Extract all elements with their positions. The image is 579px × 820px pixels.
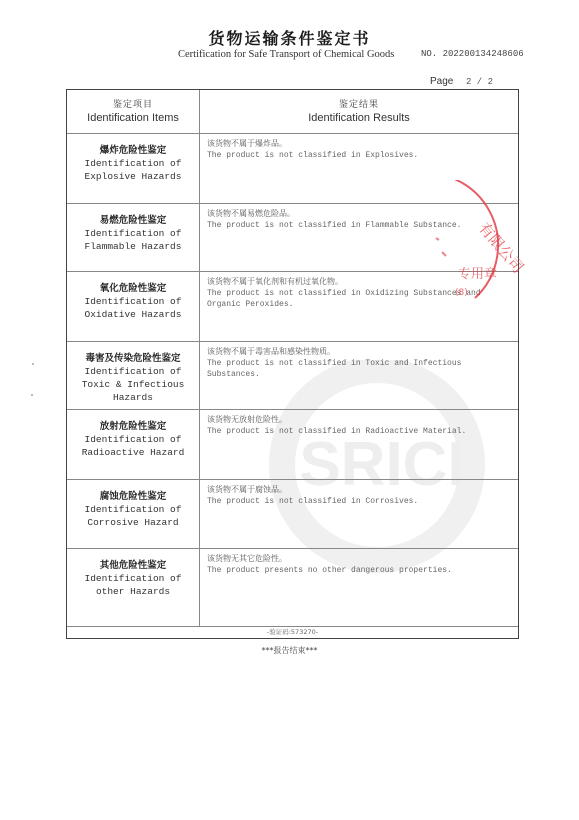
item-name-cn: 毒害及传染危险性鉴定 xyxy=(67,350,199,364)
item-name-cn: 氧化危险性鉴定 xyxy=(67,280,199,294)
item-name-en: Identification of Radioactive Hazard xyxy=(67,433,199,459)
page-title-cn: 货物运输条件鉴定书 xyxy=(0,26,579,49)
item-name-cn: 爆炸危险性鉴定 xyxy=(67,142,199,156)
table-row: 其他危险性鉴定 Identification of other Hazards … xyxy=(67,549,518,627)
table-row: 毒害及传染危险性鉴定 Identification of Toxic & Inf… xyxy=(67,342,518,410)
item-name-cn: 易燃危险性鉴定 xyxy=(67,212,199,226)
identification-table: SRICI 鉴定项目 Identification Items 鉴定结果 Ide… xyxy=(66,89,519,639)
item-name-en: Identification of Flammable Hazards xyxy=(67,227,199,253)
result-en: The product is not classified in Corrosi… xyxy=(207,496,518,507)
result-cn: 该货物不属易燃危险品。 xyxy=(207,208,518,219)
item-name-cn: 放射危险性鉴定 xyxy=(67,418,199,432)
result-en: The product is not classified in Explosi… xyxy=(207,150,518,161)
result-en: The product is not classified in Flammab… xyxy=(207,220,518,231)
table-row: 氧化危险性鉴定 Identification of Oxidative Haza… xyxy=(67,272,518,342)
col-header-results-cn: 鉴定结果 xyxy=(200,97,518,110)
scan-speck xyxy=(31,394,33,396)
result-en: The product is not classified in Oxidizi… xyxy=(207,288,518,310)
result-en: The product is not classified in Toxic a… xyxy=(207,358,518,380)
item-name-cn: 腐蚀危险性鉴定 xyxy=(67,488,199,502)
result-cn: 该货物不属于腐蚀品。 xyxy=(207,484,518,495)
report-end-marker: ***报告结束*** xyxy=(0,645,579,656)
result-cn: 该货物不属于氧化剂和有机过氧化物。 xyxy=(207,276,518,287)
result-cn: 该货物不属于爆炸品。 xyxy=(207,138,518,149)
table-row: 爆炸危险性鉴定 Identification of Explosive Haza… xyxy=(67,134,518,204)
item-name-en: Identification of Toxic & Infectious Haz… xyxy=(67,365,199,404)
page-title-en: Certification for Safe Transport of Chem… xyxy=(178,49,394,60)
col-header-items-cn: 鉴定项目 xyxy=(67,97,199,110)
page-label: Page xyxy=(430,76,453,87)
page-number: 2 / 2 xyxy=(466,77,493,87)
result-cn: 该货物无其它危险性。 xyxy=(207,553,518,564)
result-cn: 该货物不属于毒害品和感染性物质。 xyxy=(207,346,518,357)
result-en: The product presents no other dangerous … xyxy=(207,565,518,576)
item-name-en: Identification of other Hazards xyxy=(67,572,199,598)
item-name-en: Identification of Oxidative Hazards xyxy=(67,295,199,321)
item-name-cn: 其他危险性鉴定 xyxy=(67,557,199,571)
result-en: The product is not classified in Radioac… xyxy=(207,426,518,437)
scan-speck xyxy=(32,363,34,365)
verification-code: -验证码:573270- xyxy=(67,626,518,638)
item-name-en: Identification of Corrosive Hazard xyxy=(67,503,199,529)
col-header-results-en: Identification Results xyxy=(200,112,518,124)
table-row: 放射危险性鉴定 Identification of Radioactive Ha… xyxy=(67,410,518,480)
certificate-number: NO. 202200134248606 xyxy=(421,49,524,59)
table-row: 易燃危险性鉴定 Identification of Flammable Haza… xyxy=(67,204,518,272)
table-row: 腐蚀危险性鉴定 Identification of Corrosive Haza… xyxy=(67,480,518,549)
result-cn: 该货物无放射危险性。 xyxy=(207,414,518,425)
table-header-row: 鉴定项目 Identification Items 鉴定结果 Identific… xyxy=(67,90,518,134)
col-header-items-en: Identification Items xyxy=(67,112,199,124)
item-name-en: Identification of Explosive Hazards xyxy=(67,157,199,183)
